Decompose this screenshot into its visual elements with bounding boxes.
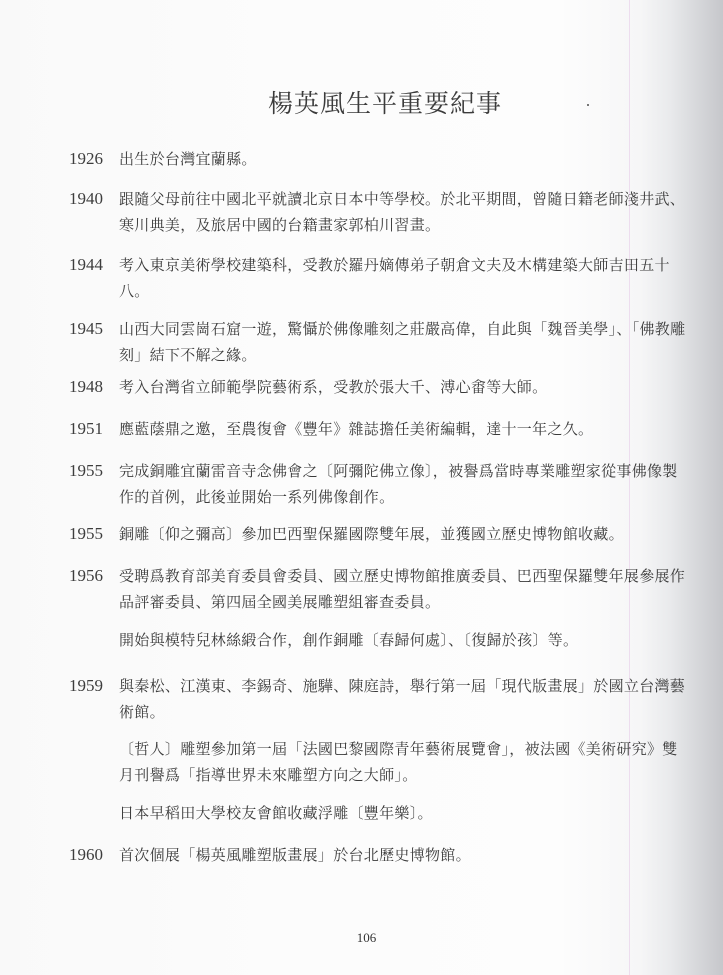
entry-year: 1959 xyxy=(69,673,103,699)
entry-text: 考入台灣省立師範學院藝術系，受教於張大千、溥心畬等大師。 xyxy=(119,374,691,400)
entry-text: 開始與模特兒林絲緞合作，創作銅雕〔春歸何處〕、〔復歸於孩〕等。 xyxy=(119,627,691,653)
entry-text: 出生於台灣宜蘭縣。 xyxy=(119,146,691,172)
entry-year: 1944 xyxy=(69,252,103,278)
entry-year: 1945 xyxy=(69,316,103,342)
entry-text: 日本早稻田大學校友會館收藏浮雕〔豐年樂〕。 xyxy=(119,800,691,826)
document-page: 楊英風生平重要紀事 1926 出生於台灣宜蘭縣。 1940 跟隨父母前往中國北平… xyxy=(0,0,723,975)
entry-text: 完成銅雕宜蘭雷音寺念佛會之〔阿彌陀佛立像〕，被譽爲當時專業雕塑家從事佛像製作的首… xyxy=(119,458,691,510)
entry-text: 山西大同雲崗石窟一遊，驚懾於佛像雕刻之莊嚴高偉，自此與「魏晉美學」、「佛教雕刻」… xyxy=(119,316,691,368)
entry-text: 跟隨父母前往中國北平就讀北京日本中等學校。於北平期間，曾隨日籍老師淺井武、寒川典… xyxy=(119,186,691,238)
entry-year: 1926 xyxy=(69,146,103,172)
entry-text: 考入東京美術學校建築科，受教於羅丹嫡傳弟子朝倉文夫及木構建築大師吉田五十八。 xyxy=(119,252,691,304)
entry-year: 1951 xyxy=(69,416,103,442)
page-title: 楊英風生平重要紀事 xyxy=(0,84,723,120)
entry-text: 銅雕〔仰之彌高〕參加巴西聖保羅國際雙年展，並獲國立歷史博物館收藏。 xyxy=(119,521,691,547)
entry-year: 1955 xyxy=(69,458,103,484)
page-number: 106 xyxy=(0,930,723,946)
entry-text: 受聘爲教育部美育委員會委員、國立歷史博物館推廣委員、巴西聖保羅雙年展參展作品評審… xyxy=(119,563,691,615)
entry-text: 〔哲人〕雕塑參加第一屆「法國巴黎國際青年藝術展覽會」，被法國《美術研究》雙月刊譽… xyxy=(119,736,691,788)
entry-year: 1948 xyxy=(69,374,103,400)
entry-year: 1955 xyxy=(69,521,103,547)
entry-year: 1956 xyxy=(69,563,103,589)
entry-text: 首次個展「楊英風雕塑版畫展」於台北歷史博物館。 xyxy=(119,842,691,868)
entry-year: 1960 xyxy=(69,842,103,868)
entry-text: 與秦松、江漢東、李錫奇、施驊、陳庭詩，舉行第一屆「現代版畫展」於國立台灣藝術館。 xyxy=(119,673,691,725)
entry-text: 應藍蔭鼎之邀，至農復會《豐年》雜誌擔任美術編輯，達十一年之久。 xyxy=(119,416,691,442)
entry-year: 1940 xyxy=(69,186,103,212)
